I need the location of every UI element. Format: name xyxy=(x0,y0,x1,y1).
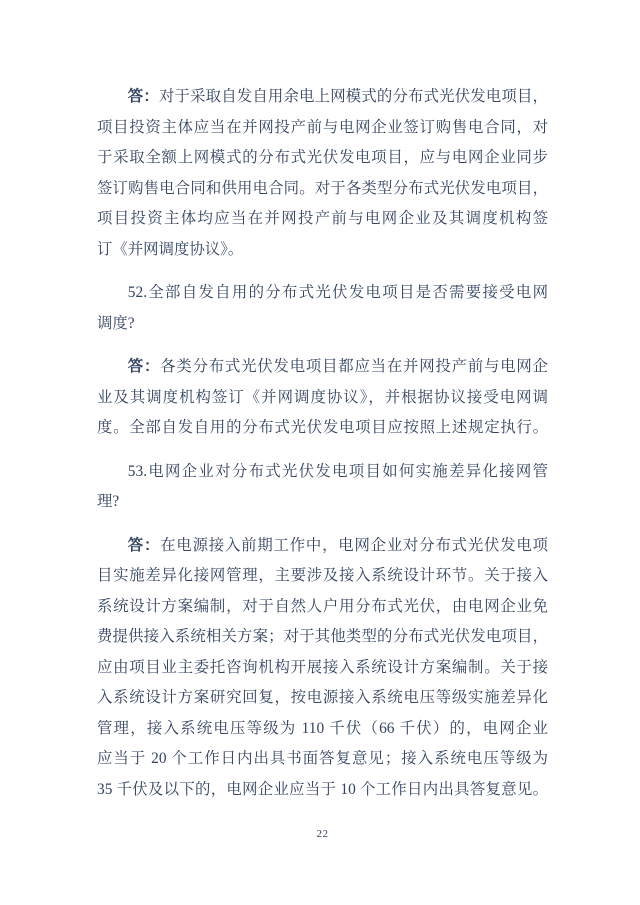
question-paragraph: 52.全部自发自用的分布式光伏发电项目是否需要接受电网 调度? xyxy=(97,278,548,339)
text-line: 答：各类分布式光伏发电项目都应当在并网投产前与电网企 xyxy=(97,352,548,383)
document-page: 答：对于采取自发自用余电上网模式的分布式光伏发电项目， 项目投资主体应当在并网投… xyxy=(0,0,640,905)
answer-text: 在电源接入前期工作中，电网企业对分布式光伏发电项 xyxy=(160,537,548,554)
answer-paragraph: 答：在电源接入前期工作中，电网企业对分布式光伏发电项 目实施差异化接网管理，主要… xyxy=(97,531,548,806)
text-line: 答：对于采取自发自用余电上网模式的分布式光伏发电项目， xyxy=(97,82,548,113)
text-line: 应由项目业主委托咨询机构开展接入系统设计方案编制。关于接 xyxy=(97,653,548,684)
text-line: 管理，接入系统电压等级为 110 千伏（66 千伏）的，电网企业 xyxy=(97,714,548,745)
text-line: 调度? xyxy=(97,309,548,340)
answer-label: 答： xyxy=(128,88,159,105)
answer-label: 答： xyxy=(128,537,160,554)
text-line: 签订购售电合同和供用电合同。对于各类型分布式光伏发电项目， xyxy=(97,174,548,205)
text-line: 项目投资主体均应当在并网投产前与电网企业及其调度机构签 xyxy=(97,204,548,235)
text-line: 入系统设计方案研究回复，按电源接入系统电压等级实施差异化 xyxy=(97,683,548,714)
text-line: 订《并网调度协议》。 xyxy=(97,235,548,266)
text-line: 业及其调度机构签订《并网调度协议》，并根据协议接受电网调 xyxy=(97,383,548,414)
text-line: 理? xyxy=(97,487,548,518)
text-line: 于采取全额上网模式的分布式光伏发电项目，应与电网企业同步 xyxy=(97,143,548,174)
text-line: 度。全部自发自用的分布式光伏发电项目应按照上述规定执行。 xyxy=(97,413,548,444)
text-line: 35 千伏及以下的，电网企业应当于 10 个工作日内出具答复意见。 xyxy=(97,775,548,806)
answer-text: 各类分布式光伏发电项目都应当在并网投产前与电网企 xyxy=(160,358,548,375)
text-line: 答：在电源接入前期工作中，电网企业对分布式光伏发电项 xyxy=(97,531,548,562)
answer-text: 对于采取自发自用余电上网模式的分布式光伏发电项目， xyxy=(159,88,548,105)
text-line: 系统设计方案编制，对于自然人户用分布式光伏，由电网企业免 xyxy=(97,592,548,623)
question-paragraph: 53.电网企业对分布式光伏发电项目如何实施差异化接网管 理? xyxy=(97,457,548,518)
text-line: 53.电网企业对分布式光伏发电项目如何实施差异化接网管 xyxy=(97,457,548,488)
page-number: 22 xyxy=(97,827,548,841)
text-line: 应当于 20 个工作日内出具书面答复意见；接入系统电压等级为 xyxy=(97,744,548,775)
text-line: 52.全部自发自用的分布式光伏发电项目是否需要接受电网 xyxy=(97,278,548,309)
text-line: 费提供接入系统相关方案；对于其他类型的分布式光伏发电项目， xyxy=(97,622,548,653)
answer-paragraph: 答：各类分布式光伏发电项目都应当在并网投产前与电网企 业及其调度机构签订《并网调… xyxy=(97,352,548,444)
text-line: 项目投资主体应当在并网投产前与电网企业签订购售电合同，对 xyxy=(97,113,548,144)
answer-label: 答： xyxy=(128,358,160,375)
text-line: 目实施差异化接网管理，主要涉及接入系统设计环节。关于接入 xyxy=(97,561,548,592)
answer-paragraph: 答：对于采取自发自用余电上网模式的分布式光伏发电项目， 项目投资主体应当在并网投… xyxy=(97,82,548,265)
